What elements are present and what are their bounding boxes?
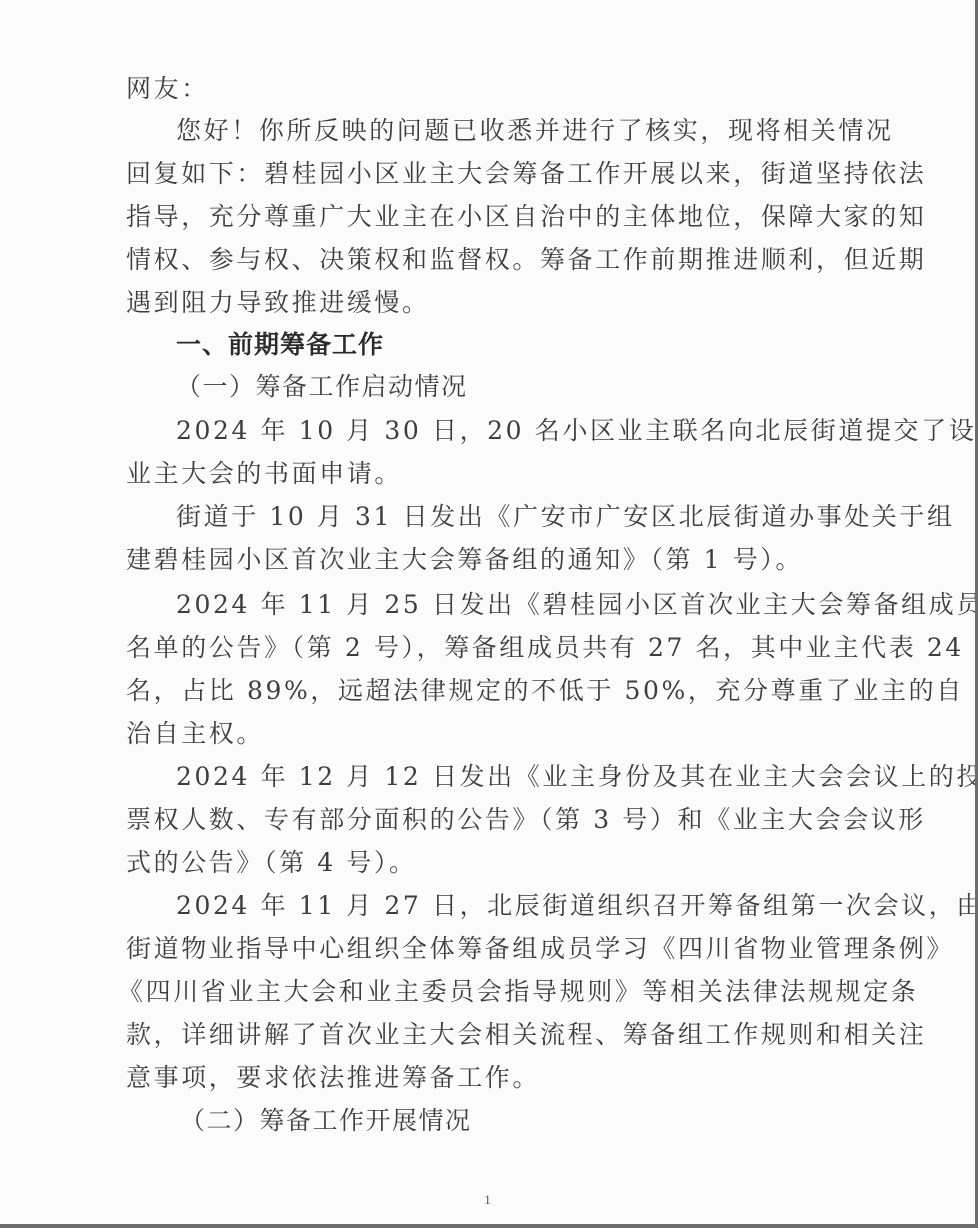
text-line: 业主大会的书面申请。 [126, 459, 861, 489]
text-line: 2024 年 12 月 12 日发出《业主身份及其在业主大会会议上的投 [176, 762, 911, 792]
page-number: 1 [0, 1192, 975, 1208]
text-line: 街道物业指导中心组织全体筹备组成员学习《四川省物业管理条例》 [126, 934, 861, 964]
salutation: 网友： [126, 74, 861, 104]
text-line: 情权、参与权、决策权和监督权。筹备工作前期推进顺利，但近期 [126, 245, 861, 275]
text-line: 2024 年 11 月 27 日，北辰街道组织召开筹备组第一次会议，由 [176, 891, 911, 921]
text-line: 式的公告》（第 4 号）。 [126, 848, 861, 878]
text-line: 遇到阻力导致推进缓慢。 [126, 288, 861, 318]
text-line: 票权人数、专有部分面积的公告》（第 3 号）和《业主大会会议形 [126, 805, 861, 835]
scan-border-bottom [0, 1224, 978, 1228]
section-heading: 一、前期筹备工作 [176, 330, 911, 360]
text-line: 指导，充分尊重广大业主在小区自治中的主体地位，保障大家的知 [126, 202, 861, 232]
text-line: 回复如下：碧桂园小区业主大会筹备工作开展以来，街道坚持依法 [126, 159, 861, 189]
document-page: 网友： 您好！你所反映的问题已收悉并进行了核实，现将相关情况 回复如下：碧桂园小… [0, 0, 975, 1224]
text-line: 款，详细讲解了首次业主大会相关流程、筹备组工作规则和相关注 [126, 1020, 861, 1050]
text-line: 街道于 10 月 31 日发出《广安市广安区北辰街道办事处关于组 [176, 502, 911, 532]
text-line: 名，占比 89%，远超法律规定的不低于 50%，充分尊重了业主的自 [126, 676, 861, 706]
text-line: 意事项，要求依法推进筹备工作。 [126, 1063, 861, 1093]
text-line: 《四川省业主大会和业主委员会指导规则》等相关法律法规规定条 [118, 977, 853, 1007]
text-line: 2024 年 10 月 30 日，20 名小区业主联名向北辰街道提交了设立 [176, 416, 911, 446]
subsection-heading: （一）筹备工作启动情况 [176, 372, 911, 402]
text-line: 建碧桂园小区首次业主大会筹备组的通知》（第 1 号）。 [126, 545, 861, 575]
text-line: 2024 年 11 月 25 日发出《碧桂园小区首次业主大会筹备组成员 [176, 590, 911, 620]
text-line: 您好！你所反映的问题已收悉并进行了核实，现将相关情况 [176, 116, 911, 146]
text-line: 名单的公告》（第 2 号），筹备组成员共有 27 名，其中业主代表 24 [126, 633, 861, 663]
text-line: 治自主权。 [126, 719, 861, 749]
subsection-heading: （二）筹备工作开展情况 [180, 1106, 915, 1136]
